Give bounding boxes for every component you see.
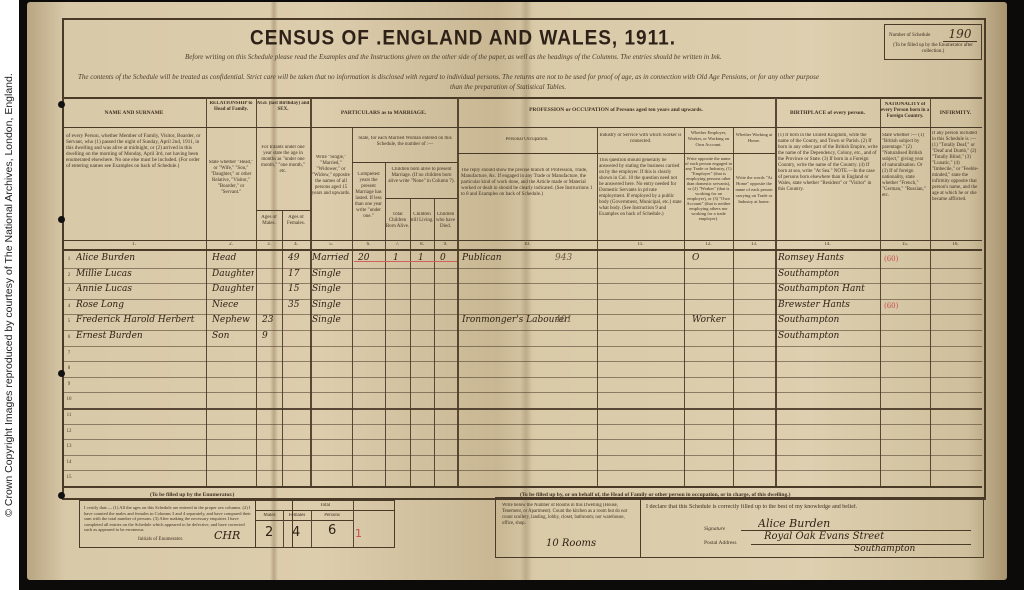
schedule-number-box: Number of Schedule 190 (To be filled up … (884, 24, 982, 60)
cell-name: Alice Burden (76, 253, 204, 263)
col-number: 15. (880, 242, 930, 248)
cell-employer: Worker (692, 315, 732, 325)
cell-name: Frederick Harold Herbert (76, 315, 204, 325)
header-divider (457, 153, 775, 154)
row-number: 7 (64, 351, 74, 356)
row-number: 11 (64, 413, 74, 418)
col-header-name: NAME AND SURNAME (62, 110, 206, 116)
totals-persons-label: Persons (311, 513, 353, 519)
col-header-age-males: Ages of Males. (256, 215, 282, 227)
table-top-border (62, 97, 982, 99)
col-number: 8. (410, 242, 434, 248)
cell-relationship: Nephew (212, 315, 254, 325)
row-divider (62, 455, 982, 456)
col-header-children-died: Children who have Died. (434, 212, 457, 230)
signature-label: Signature (704, 526, 764, 532)
cell-occ-code: 943 (555, 253, 595, 263)
cell-age-f: 49 (288, 253, 310, 263)
totals-divider (311, 511, 312, 547)
schedule-number-note: (To be filled up by the Enumerator after… (889, 43, 977, 55)
row-number: 6 (64, 335, 74, 340)
col-desc-industry: This question should generally be answer… (599, 158, 682, 218)
col-desc-years: Completed years the present Marriage has… (353, 172, 384, 220)
row-number: 15 (64, 475, 74, 480)
red-check-mark: 1 (355, 527, 362, 540)
col-header-industry: Industry or Service with which worker is… (599, 133, 682, 145)
row-number: 3 (64, 288, 74, 293)
col-header-profession: PROFESSION or OCCUPATION of Persons aged… (457, 107, 775, 113)
col-number: 16. (930, 242, 981, 248)
col-header-age-females: Ages of Females. (282, 215, 310, 227)
cell-condition: Single (312, 300, 352, 310)
col-number: 9. (434, 242, 457, 248)
cell-condition: Single (312, 269, 352, 279)
row-divider (62, 439, 982, 440)
row-number: 1 (64, 257, 74, 262)
page-title: CENSUS OF .ENGLAND AND WALES, 1911. (250, 27, 676, 51)
col-header-employer: Whether Employer, Worker, or Working on … (685, 130, 732, 148)
col-divider (282, 210, 283, 486)
row-divider (62, 361, 982, 362)
row-number: 4 (64, 304, 74, 309)
col-number: 7. (385, 242, 410, 248)
col-header-marriage: PARTICULARS as to MARRIAGE. (310, 110, 457, 116)
header-divider (352, 162, 457, 163)
row-divider (62, 424, 982, 425)
copyright-strip: © Crown Copyright Images reproduced by c… (0, 0, 19, 590)
row-number: 5 (64, 319, 74, 324)
header-divider (385, 198, 457, 199)
cell-relationship: Niece (212, 300, 254, 310)
col-divider (256, 98, 257, 486)
address-line2: Southampton (854, 544, 915, 554)
cell-employer: O (692, 253, 732, 263)
row-divider (62, 408, 982, 410)
cell-bp-code: (60) (884, 302, 914, 310)
totals-divider (283, 511, 284, 547)
red-strike-line (354, 261, 457, 262)
col-header-infirmity: INFIRMITY. (930, 110, 981, 116)
totals-males-label: Males (256, 513, 283, 519)
cell-birthplace: Southampton Hant (778, 284, 878, 294)
col-divider (385, 162, 386, 486)
col-header-home: Whether Working at Home. (734, 132, 774, 144)
cell-birthplace: Southampton (778, 331, 878, 341)
header-divider (62, 240, 982, 241)
binding-hole (58, 492, 65, 499)
cell-relationship: Head (212, 253, 254, 263)
col-number: 13. (733, 242, 775, 248)
binding-hole (58, 216, 65, 223)
row-number: 10 (64, 397, 74, 402)
rooms-count: 10 Rooms (546, 538, 596, 549)
cell-condition: Married (312, 253, 352, 263)
cell-age-f: 15 (288, 284, 310, 294)
schedule-number-label: Number of Schedule (889, 33, 930, 38)
cell-name: Ernest Burden (76, 331, 204, 341)
table-bottom-border (62, 486, 982, 488)
col-header-personal-occupation: Personal Occupation. (457, 137, 597, 143)
col-number: 4. (282, 242, 310, 248)
row-number: 13 (64, 444, 74, 449)
col-desc-children: Children born alive to present Marriage.… (387, 167, 456, 185)
col-desc-relationship: State whether "Head," or "Wife," "Son," … (208, 160, 254, 196)
col-desc-nationality: State whether :— (1) "British subject by… (882, 133, 928, 199)
household-box: Write below the Number of Rooms in this … (495, 497, 984, 558)
col-number: 5. (310, 242, 352, 248)
col-desc-married-woman: State, for each Married Woman entered on… (354, 136, 456, 148)
cell-age-m: 23 (262, 315, 282, 325)
col-header-birthplace: BIRTHPLACE of every person. (775, 110, 880, 116)
col-number: 1. (62, 242, 206, 248)
col-header-nationality: NATIONALITY of every Person born in a Fo… (880, 102, 930, 120)
col-number: 3. (256, 242, 282, 248)
signature: Alice Burden (758, 517, 830, 530)
totals-divider (256, 520, 353, 521)
cell-relationship: Daughter (212, 269, 254, 279)
col-desc-name: of every Person, whether Member of Famil… (66, 133, 202, 169)
cell-age-m: 9 (262, 331, 282, 341)
totals-box: Total Males Females Persons 2 4 6 (255, 500, 395, 548)
col-number: 14. (775, 242, 880, 248)
initials-label: Initials of Enumerator. (138, 537, 183, 542)
cell-name: Millie Lucas (76, 269, 204, 279)
cell-birthplace: Southampton (778, 269, 878, 279)
cell-relationship: Son (212, 331, 254, 341)
col-divider (597, 128, 598, 486)
row-number: 9 (64, 382, 74, 387)
instruction-text: Before writing on this Schedule please r… (185, 53, 722, 61)
col-desc-personal-occupation: The reply should show the precise branch… (461, 168, 593, 198)
copyright-text: © Crown Copyright Images reproduced by c… (3, 73, 15, 517)
col-desc-condition: Write "Single," "Married," "Widower," or… (311, 155, 351, 197)
cell-relationship: Daughter (212, 284, 254, 294)
col-number: 11. (597, 242, 684, 248)
binding-hole (58, 101, 65, 108)
header-divider (62, 127, 982, 128)
cell-age-f: 17 (288, 269, 310, 279)
cell-birthplace: Brewster Hants (778, 300, 878, 310)
total-males: 2 (265, 525, 273, 540)
totals-divider (256, 510, 394, 511)
row-divider (62, 470, 982, 471)
row-divider (62, 377, 982, 378)
col-number: 10. (457, 242, 597, 248)
row-divider (62, 346, 982, 347)
col-desc-employer: Write opposite the name of each person e… (685, 156, 732, 221)
cell-birthplace: Southampton (778, 315, 878, 325)
declaration-text: I declare that this Schedule is correctl… (646, 504, 976, 510)
col-number: 12. (684, 242, 733, 248)
totals-divider (353, 501, 354, 547)
cell-condition: Single (312, 284, 352, 294)
row-number: 8 (64, 366, 74, 371)
col-divider (457, 98, 459, 486)
rooms-section: Write below the Number of Rooms in this … (496, 498, 641, 557)
cell-occ-code: 401 (555, 315, 595, 325)
header-divider (62, 249, 982, 251)
col-desc-birthplace: (1) If born in the United Kingdom, write… (778, 133, 878, 193)
address-label: Postal Address (704, 540, 764, 546)
cell-name: Rose Long (76, 300, 204, 310)
cell-birthplace: Romsey Hants (778, 253, 878, 263)
enumerator-section-title: (To be filled up by the Enumerator.) (150, 492, 234, 498)
col-desc-age: For Infants under one year state the age… (258, 145, 308, 175)
row-divider (62, 392, 982, 393)
col-divider (206, 98, 207, 486)
col-divider (880, 98, 881, 486)
total-females: 4 (292, 525, 300, 540)
row-number: 2 (64, 273, 74, 278)
confidential-notice-cont: than the preparation of Statistical Tabl… (450, 83, 566, 91)
cell-name: Annie Lucas (76, 284, 204, 294)
totals-females-label: Females (283, 513, 311, 519)
col-desc-home: Write the words "At Home" opposite the n… (734, 175, 774, 205)
schedule-number: 190 (943, 27, 977, 42)
enumerator-initials: CHR (214, 529, 240, 542)
col-desc-infirmity: If any person included in this Schedule … (932, 131, 980, 203)
row-number: 14 (64, 460, 74, 465)
cell-age-f: 35 (288, 300, 310, 310)
cell-condition: Single (312, 315, 352, 325)
col-header-relationship: RELATIONSHIP to Head of Family. (206, 101, 256, 113)
confidential-notice: The contents of the Schedule will be tre… (78, 73, 978, 81)
col-number: 6. (352, 242, 385, 248)
col-divider (930, 98, 931, 486)
col-header-children-living: Children still Living. (410, 212, 434, 224)
total-persons: 6 (328, 523, 336, 538)
header-divider (256, 210, 310, 211)
col-number: 2. (206, 242, 256, 248)
totals-label: Total (256, 503, 394, 509)
cell-bp-code: (60) (884, 255, 914, 263)
col-header-age: AGE (last Birthday) and SEX. (256, 101, 310, 113)
rooms-instruction: Write below the Number of Rooms in this … (502, 503, 634, 527)
col-divider (775, 98, 777, 486)
address-line1: Royal Oak Evans Street (764, 531, 884, 542)
col-header-total-children: Total Children Born Alive. (385, 212, 410, 230)
row-number: 12 (64, 429, 74, 434)
